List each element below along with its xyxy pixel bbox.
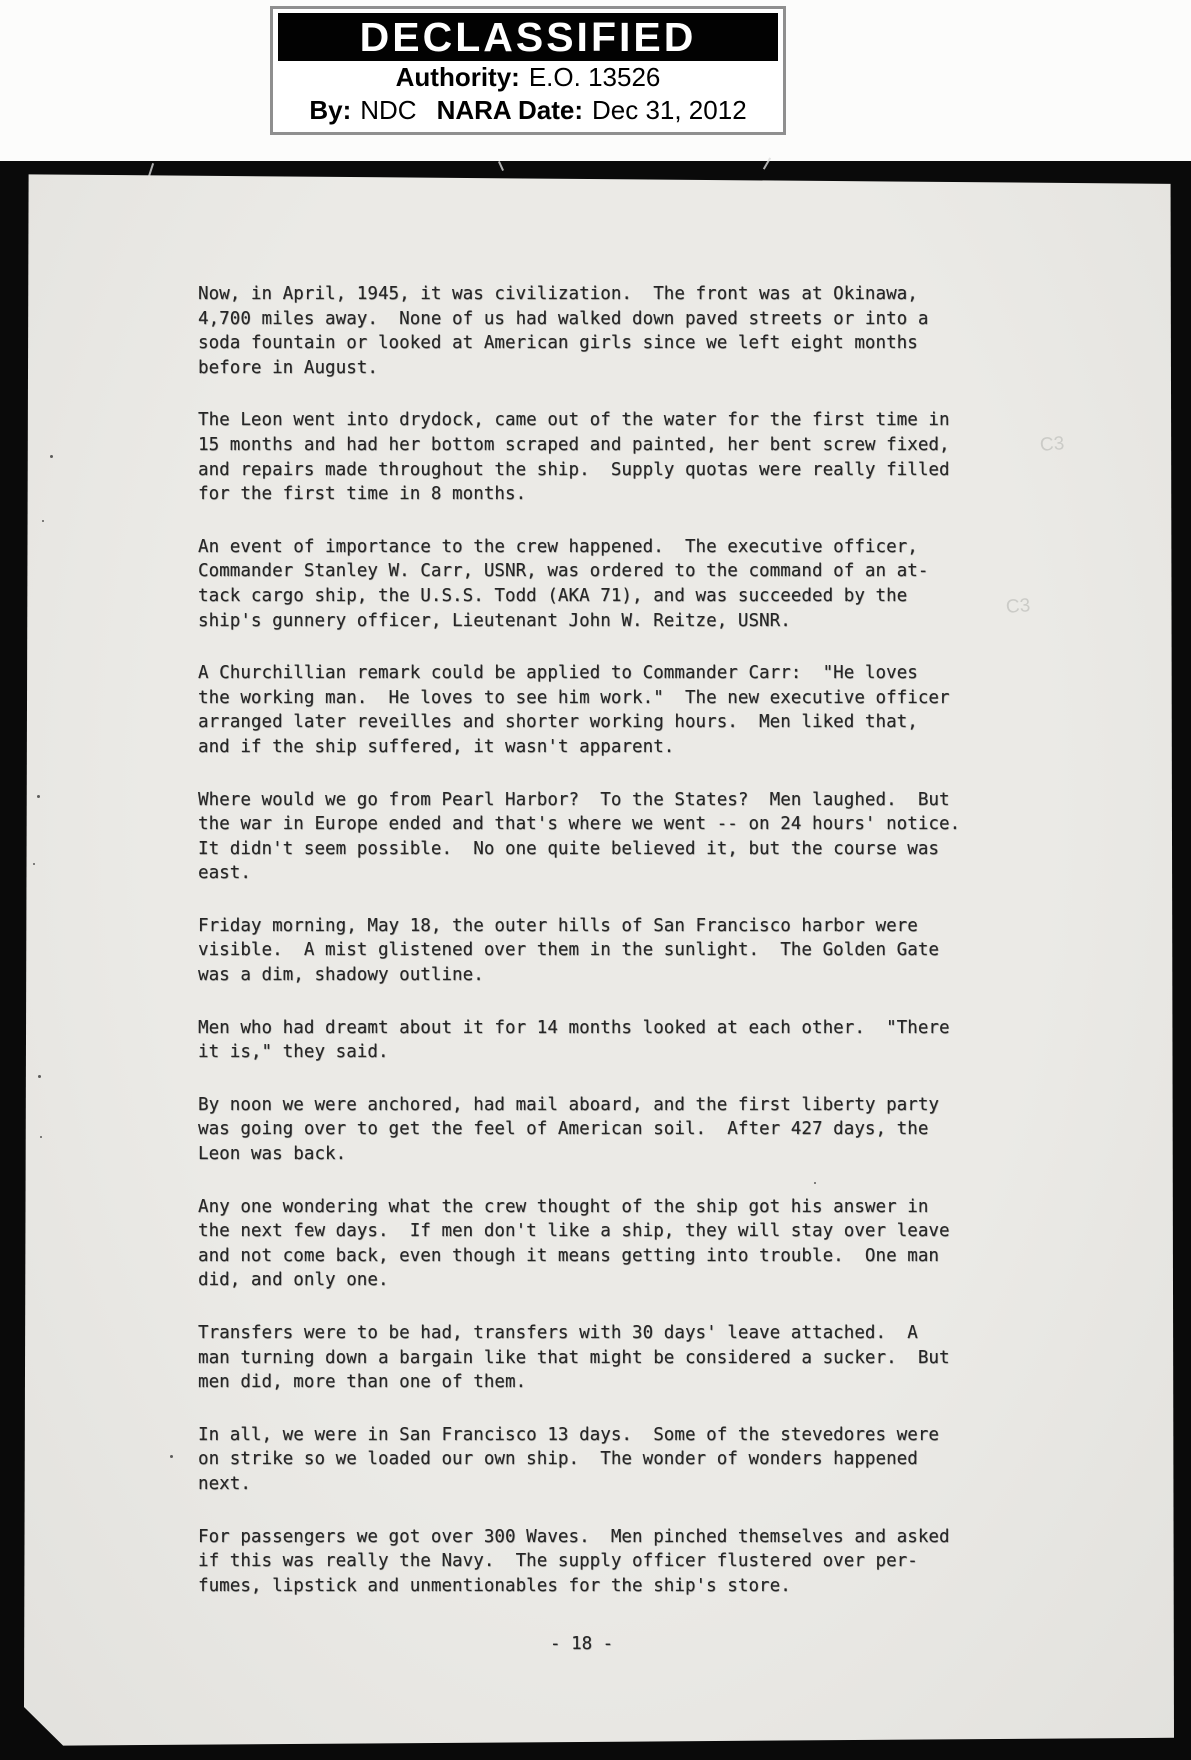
scan-speck (50, 455, 53, 458)
stamp-title: DECLASSIFIED (360, 14, 697, 60)
paragraph-3: An event of importance to the crew happe… (198, 535, 998, 633)
scan-speck (42, 520, 44, 522)
paragraph-1: Now, in April, 1945, it was civilization… (198, 282, 998, 380)
typewritten-text-block: Now, in April, 1945, it was civilization… (198, 172, 998, 1654)
scan-speck (40, 1136, 42, 1138)
page-number: - 18 - (550, 1634, 998, 1654)
document-page: Now, in April, 1945, it was civilization… (24, 172, 1174, 1748)
paragraph-11: In all, we were in San Francisco 13 days… (198, 1423, 998, 1497)
scan-background: Now, in April, 1945, it was civilization… (0, 161, 1191, 1760)
paragraph-7: Men who had dreamt about it for 14 month… (198, 1016, 998, 1065)
paragraph-5: Where would we go from Pearl Harbor? To … (198, 788, 998, 886)
nara-date-value: Dec 31, 2012 (592, 95, 747, 125)
stamp-title-bar: DECLASSIFIED (278, 13, 778, 61)
paragraph-8: By noon we were anchored, had mail aboar… (198, 1093, 998, 1167)
scan-speck (38, 1075, 41, 1078)
stamp-by-line: By:NDCNARA Date:Dec 31, 2012 (278, 94, 778, 127)
authority-value: E.O. 13526 (529, 62, 661, 92)
paragraph-12: For passengers we got over 300 Waves. Me… (198, 1525, 998, 1599)
paragraph-4: A Churchillian remark could be applied t… (198, 661, 998, 759)
by-label: By: (309, 95, 351, 125)
authority-label: Authority: (396, 62, 520, 92)
scan-top-band: DECLASSIFIED Authority:E.O. 13526 By:NDC… (0, 0, 1191, 161)
stamp-authority-line: Authority:E.O. 13526 (278, 61, 778, 94)
paragraph-2: The Leon went into drydock, came out of … (198, 408, 998, 506)
scan-speck (814, 1182, 816, 1184)
scan-speck (33, 863, 35, 865)
declassified-stamp: DECLASSIFIED Authority:E.O. 13526 By:NDC… (270, 6, 786, 135)
scan-speck (37, 795, 40, 798)
paragraph-9: Any one wondering what the crew thought … (198, 1195, 998, 1293)
paragraph-10: Transfers were to be had, transfers with… (198, 1321, 998, 1395)
nara-date-label: NARA Date: (437, 95, 583, 125)
paragraph-6: Friday morning, May 18, the outer hills … (198, 914, 998, 988)
by-value: NDC (360, 95, 416, 125)
scan-speck (170, 1455, 173, 1458)
margin-mark: C3 (1039, 433, 1065, 457)
margin-mark: C3 (1005, 595, 1031, 619)
scan-scratch (498, 161, 504, 171)
scan-scratch (148, 163, 154, 177)
